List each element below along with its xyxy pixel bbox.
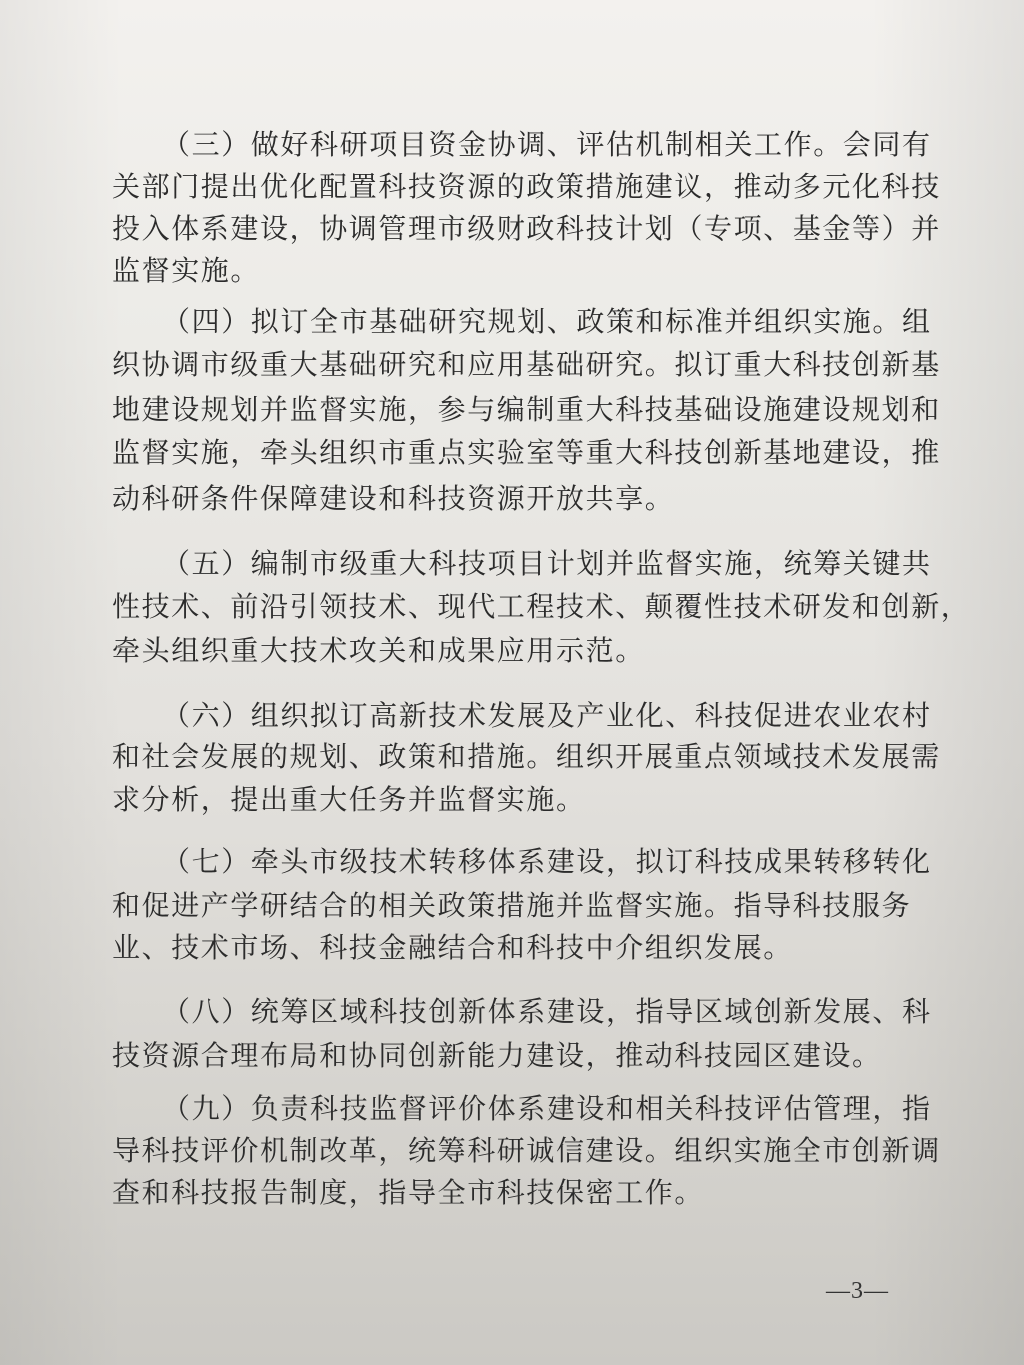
text-line: 查和科技报告制度，指导全市科技保密工作。 xyxy=(112,1177,704,1209)
text-line: 技资源合理布局和协同创新能力建设，推动科技园区建设。 xyxy=(112,1040,882,1072)
text-line: 地建设规划并监督实施，参与编制重大科技基础设施建设规划和 xyxy=(112,394,941,426)
text-line: （九）负责科技监督评价体系建设和相关科技评估管理，指 xyxy=(162,1093,932,1125)
text-line: （六）组织拟订高新技术发展及产业化、科技促进农业农村 xyxy=(162,700,932,732)
text-line: （三）做好科研项目资金协调、评估机制相关工作。会同有 xyxy=(162,129,932,161)
text-line: 牵头组织重大技术攻关和成果应用示范。 xyxy=(112,635,645,667)
text-line: 求分析，提出重大任务并监督实施。 xyxy=(112,784,586,816)
text-line: 业、技术市场、科技金融结合和科技中介组织发展。 xyxy=(112,932,793,964)
document-page: （三）做好科研项目资金协调、评估机制相关工作。会同有 关部门提出优化配置科技资源… xyxy=(0,0,1024,1365)
text-line: 和促进产学研结合的相关政策措施并监督实施。指导科技服务 xyxy=(112,890,911,922)
text-line: 织协调市级重大基础研究和应用基础研究。拟订重大科技创新基 xyxy=(112,349,941,381)
text-line: 导科技评价机制改革，统筹科研诚信建设。组织实施全市创新调 xyxy=(112,1135,941,1167)
text-line: 监督实施。 xyxy=(112,255,260,287)
text-line: （四）拟订全市基础研究规划、政策和标准并组织实施。组 xyxy=(162,306,932,338)
text-line: 性技术、前沿引领技术、现代工程技术、颠覆性技术研发和创新， xyxy=(112,591,970,623)
text-line: 和社会发展的规划、政策和措施。组织开展重点领域技术发展需 xyxy=(112,741,941,773)
text-line: （五）编制市级重大科技项目计划并监督实施，统筹关键共 xyxy=(162,548,932,580)
text-line: （八）统筹区域科技创新体系建设，指导区域创新发展、科 xyxy=(162,996,932,1028)
text-line: 监督实施，牵头组织市重点实验室等重大科技创新基地建设，推 xyxy=(112,437,941,469)
page-number: —3— xyxy=(826,1276,889,1306)
text-line: 关部门提出优化配置科技资源的政策措施建议，推动多元化科技 xyxy=(112,171,941,203)
text-line: 动科研条件保障建设和科技资源开放共享。 xyxy=(112,483,674,515)
text-line: 投入体系建设，协调管理市级财政科技计划（专项、基金等）并 xyxy=(112,213,941,245)
text-line: （七）牵头市级技术转移体系建设，拟订科技成果转移转化 xyxy=(162,846,932,878)
